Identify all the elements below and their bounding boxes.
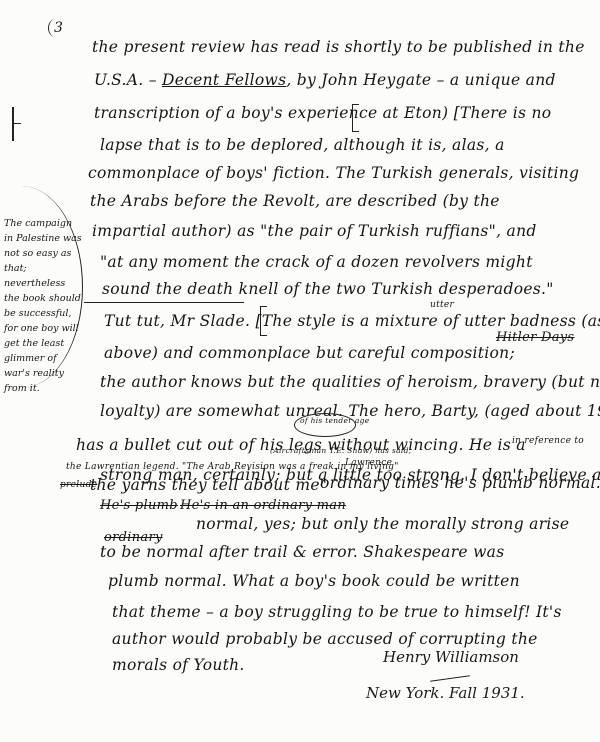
struck-hes-plumb: He's plumb bbox=[100, 498, 178, 513]
insertion-bracket bbox=[352, 104, 359, 132]
text-line-3: transcription of a boy's experience at E… bbox=[94, 104, 551, 122]
place-date: New York. Fall 1931. bbox=[366, 684, 525, 702]
text-line-23: morals of Youth. bbox=[112, 656, 245, 674]
interlinear-aircraftsman: (Aircraftsman T.E. Shaw) has said, bbox=[270, 446, 411, 455]
text-line-10: Tut tut, Mr Slade. [The style is a mixtu… bbox=[104, 312, 600, 330]
text-line-4: lapse that is to be deplored, although i… bbox=[100, 136, 505, 154]
text-line-12: the author knows but the qualities of he… bbox=[100, 373, 600, 391]
signature: Henry Williamson bbox=[383, 648, 519, 666]
text-line-16: the yarns they tell about me" bbox=[90, 476, 327, 494]
text-line-6: the Arabs before the Revolt, are describ… bbox=[90, 192, 500, 210]
text-line-19: to be normal after trail & error. Shakes… bbox=[100, 543, 504, 561]
signature-underline bbox=[430, 675, 470, 682]
text-line-7: impartial author) as "the pair of Turkis… bbox=[92, 222, 537, 240]
struck-ordinary-man: He's in an ordinary man bbox=[180, 498, 346, 513]
page-number: 3 bbox=[54, 20, 63, 36]
interlinear-lawrentian: the Lawrentian legend. "The Arab Revisio… bbox=[66, 462, 399, 472]
text-line-18: normal, yes; but only the morally strong… bbox=[196, 515, 569, 533]
margin-note: The campaign in Palestine was not so eas… bbox=[4, 216, 82, 396]
style-bracket bbox=[260, 306, 267, 336]
margin-insertion-mark bbox=[12, 107, 14, 141]
manuscript-page: 3 The campaign in Palestine was not so e… bbox=[0, 0, 600, 742]
interlinear-utter: utter bbox=[430, 300, 454, 310]
text-line-21: that theme – a boy struggling to be true… bbox=[112, 603, 562, 621]
struck-hitler-days: Hitler Days bbox=[496, 330, 574, 345]
text-line-2-suffix: , by John Heygate – a unique and bbox=[286, 71, 555, 89]
book-title: Decent Fellows bbox=[162, 71, 286, 89]
interlinear-in-reference: in reference to bbox=[512, 436, 584, 446]
margin-note-pointer-line bbox=[84, 302, 244, 303]
text-line-1: the present review has read is shortly t… bbox=[92, 38, 585, 56]
text-line-8: "at any moment the crack of a dozen revo… bbox=[100, 253, 533, 271]
text-line-9: sound the death knell of the two Turkish… bbox=[102, 280, 554, 298]
text-line-11: above) and commonplace but careful compo… bbox=[104, 344, 515, 362]
text-line-2: U.S.A. – Decent Fellows, by John Heygate… bbox=[94, 71, 556, 89]
text-line-2-prefix: U.S.A. – bbox=[94, 71, 162, 89]
interlinear-tender-age: of his tender age bbox=[300, 416, 369, 425]
text-line-17: ordinary times he's plumb normal. bbox=[320, 474, 600, 492]
text-line-5: commonplace of boys' fiction. The Turkis… bbox=[88, 164, 579, 182]
text-line-22: author would probably be accused of corr… bbox=[112, 630, 538, 648]
text-line-20: plumb normal. What a boy's book could be… bbox=[108, 572, 520, 590]
struck-prelude: prelude bbox=[60, 480, 97, 490]
